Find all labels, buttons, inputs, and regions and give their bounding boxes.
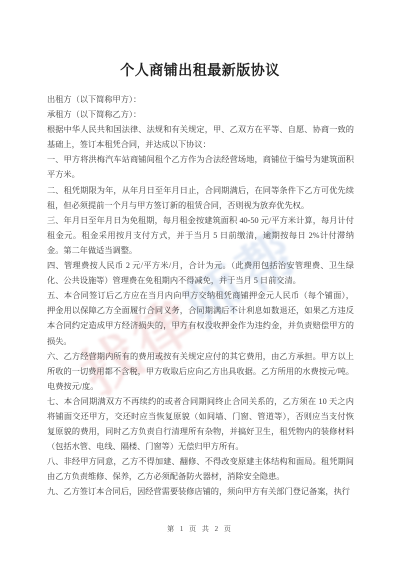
document-title: 个人商铺出租最新版协议 — [0, 60, 400, 80]
preamble-paragraph: 根据中华人民共和国法律、法规和有关规定，甲、乙双方在平等、自愿、协商一致的基础上… — [47, 122, 354, 152]
page-number-footer: 第 1 页 共 2 页 — [0, 524, 400, 534]
clause-2: 二、租凭期限为年，从年月日至年月日止，合同期满后，在同等条件下乙方可优先续租，但… — [47, 183, 354, 213]
clause-3: 三、年月日至年月日为免租期，每月租金按建筑面积 40-50 元/平方米计算，每月… — [47, 213, 354, 258]
clause-6: 六、乙方经营期内所有的费用或按有关规定应付的其它费用，由乙方承担。甲方以上所收的… — [47, 349, 354, 394]
clause-1: 一、甲方将洪梅汽车站商铺间租个乙方作为合法经营场地，商铺位于编号为建筑面积平方米… — [47, 152, 354, 182]
contract-document-page: 找律师帮 个人商铺出租最新版协议 出租方（以下简称甲方）： 承租方（以下简称乙方… — [0, 0, 400, 565]
contract-body: 出租方（以下简称甲方）： 承租方（以下简称乙方）： 根据中华人民共和国法律、法规… — [47, 92, 354, 500]
clause-4: 四、管理费按人民币 2 元/平方米/月，合计为元。（此费用包括治安管理费、卫生绿… — [47, 258, 354, 288]
clause-5: 五、本合同签订后乙方应在当月内向甲方交纳租凭商铺押金元人民币（每个铺面），押金用… — [47, 288, 354, 348]
clause-7: 七、本合同期满双方不再续约的或者合同期间终止合同关系的，乙方须在 10 天之内将… — [47, 394, 354, 454]
clause-9: 九、乙方签订本合同后，因经营需要装修店铺的，须向甲方有关部门登记备案，执行 — [47, 484, 354, 499]
clause-8: 八、非经甲方同意，乙方不得加建、翻修、不得改变原建主体结构和面局。租凭期间由乙方… — [47, 454, 354, 484]
party-lessor-line: 出租方（以下简称甲方）： — [47, 92, 354, 107]
party-lessee-line: 承租方（以下简称乙方）： — [47, 107, 354, 122]
